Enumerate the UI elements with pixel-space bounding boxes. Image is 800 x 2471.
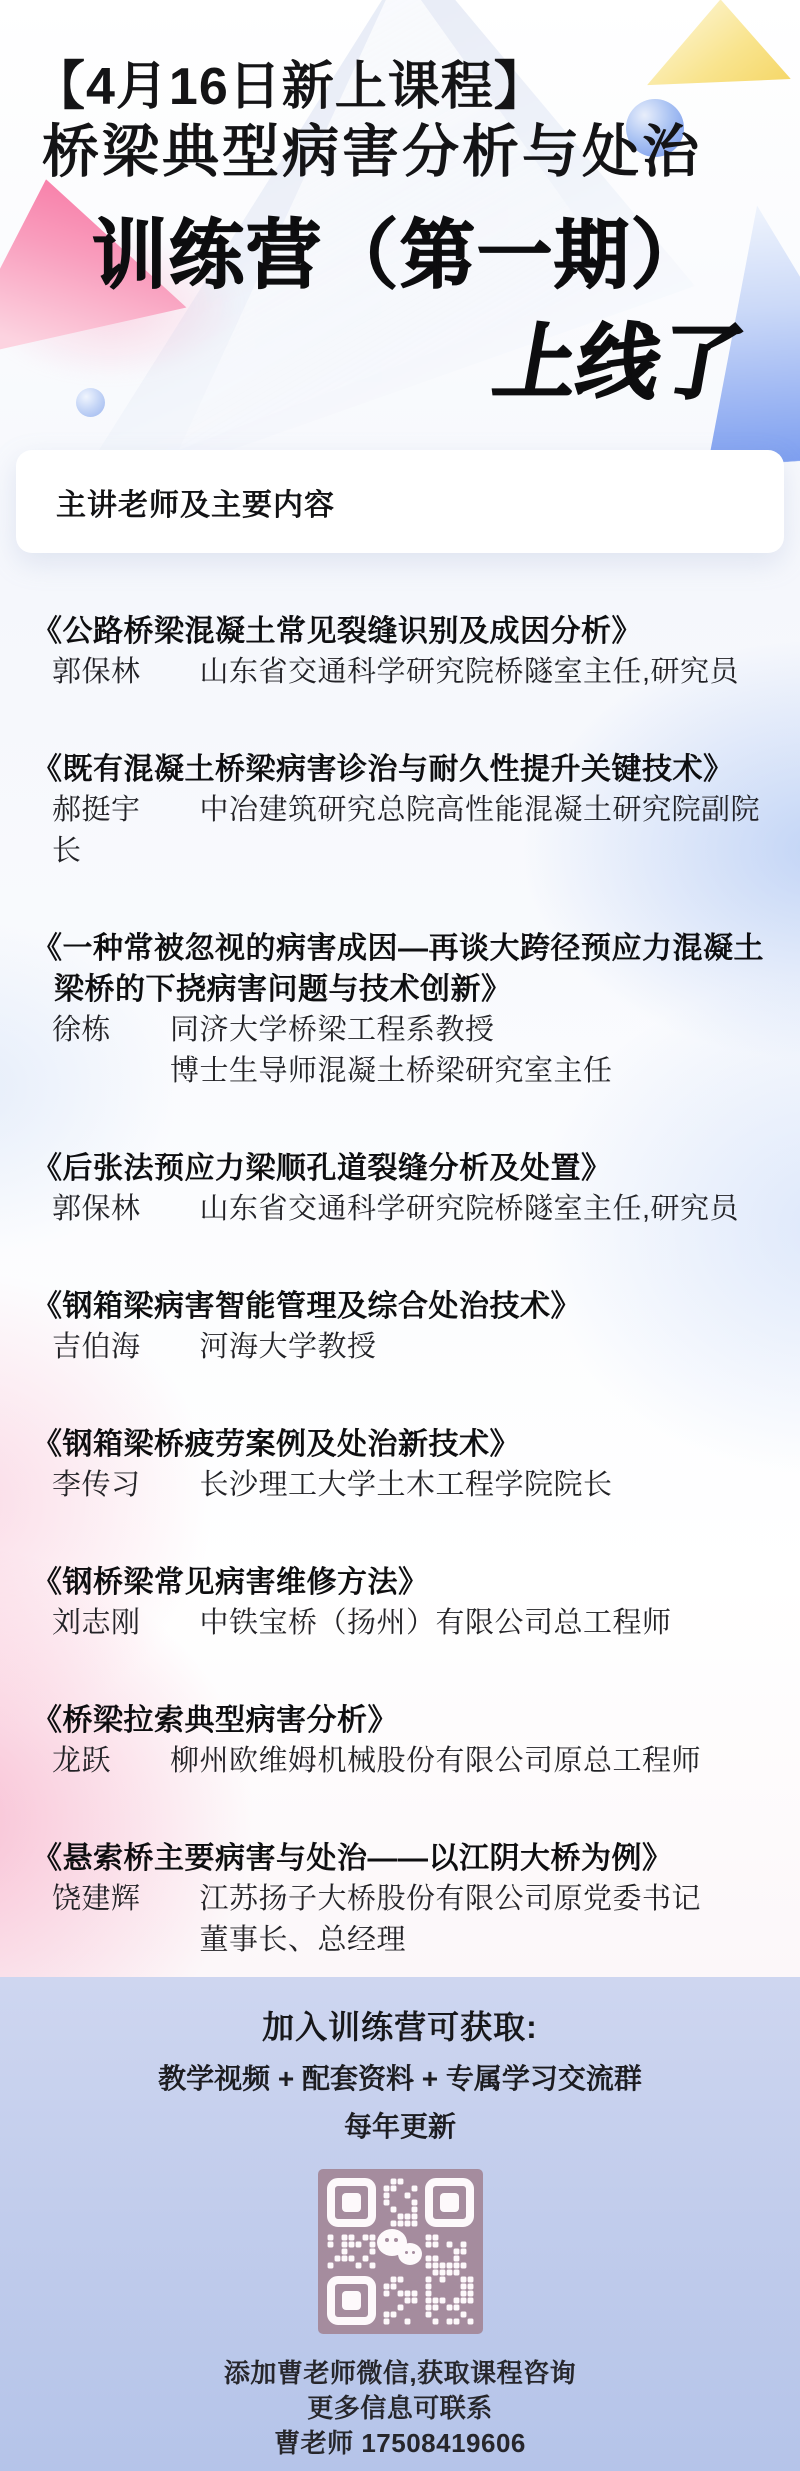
- header-title: 桥梁典型病害分析与处治: [42, 106, 702, 188]
- course-title: 《桥梁拉索典型病害分析》: [32, 1700, 780, 1741]
- course-instructor: 刘志刚 中铁宝桥（扬州）有限公司总工程师: [52, 1603, 780, 1644]
- contact-line-2: 更多信息可联系: [0, 2391, 800, 2426]
- course-title: 《悬索桥主要病害与处治——以江阴大桥为例》: [32, 1838, 780, 1879]
- wechat-bubble-small: [398, 2243, 422, 2265]
- section-label-card: 主讲老师及主要内容: [16, 450, 784, 553]
- course-item: 《公路桥梁混凝土常见裂缝识别及成因分析》郭保林 山东省交通科学研究院桥隧室主任,…: [38, 611, 780, 693]
- qr-finder-top-right: [425, 2178, 474, 2227]
- poster: 【4月16日新上课程】 桥梁典型病害分析与处治 训练营（第一期） 上线了 主讲老…: [0, 0, 800, 2471]
- header-camp-title: 训练营（第一期）: [92, 196, 708, 303]
- benefits-line: 教学视频 + 配套资料 + 专属学习交流群: [0, 2061, 800, 2097]
- course-item: 《悬索桥主要病害与处治——以江阴大桥为例》饶建辉 江苏扬子大桥股份有限公司原党委…: [38, 1838, 780, 1961]
- course-title: 《一种常被忽视的病害成因—再谈大跨径预应力混凝土: [32, 928, 780, 969]
- course-instructor: 郭保林 山东省交通科学研究院桥隧室主任,研究员: [52, 652, 780, 693]
- course-item: 《既有混凝土桥梁病害诊治与耐久性提升关键技术》郝挺宇 中冶建筑研究总院高性能混凝…: [38, 749, 780, 872]
- small-sphere-shape: [76, 388, 105, 417]
- course-item: 《桥梁拉索典型病害分析》龙跃 柳州欧维姆机械股份有限公司原总工程师: [38, 1700, 780, 1782]
- course-instructor: 吉伯海 河海大学教授: [52, 1327, 780, 1368]
- qr-finder-top-left: [327, 2178, 376, 2227]
- course-instructor: 郝挺宇 中冶建筑研究总院高性能混凝土研究院副院长: [52, 790, 780, 872]
- course-instructor: 郭保林 山东省交通科学研究院桥隧室主任,研究员: [52, 1189, 780, 1230]
- course-item: 《钢箱梁桥疲劳案例及处治新技术》李传习 长沙理工大学土木工程学院院长: [38, 1424, 780, 1506]
- course-title: 《既有混凝土桥梁病害诊治与耐久性提升关键技术》: [32, 749, 780, 790]
- course-instructor: 饶建辉 江苏扬子大桥股份有限公司原党委书记: [52, 1879, 780, 1920]
- course-title: 《钢箱梁病害智能管理及综合处治技术》: [32, 1286, 780, 1327]
- course-title: 《钢桥梁常见病害维修方法》: [32, 1562, 780, 1603]
- course-item: 《钢桥梁常见病害维修方法》刘志刚 中铁宝桥（扬州）有限公司总工程师: [38, 1562, 780, 1644]
- course-title: 《钢箱梁桥疲劳案例及处治新技术》: [32, 1424, 780, 1465]
- wechat-qr-code: [318, 2169, 483, 2334]
- course-title: 《公路桥梁混凝土常见裂缝识别及成因分析》: [32, 611, 780, 652]
- benefits-title: 加入训练营可获取:: [0, 2007, 800, 2047]
- contact-phone-line: 曹老师 17508419606: [0, 2426, 800, 2461]
- course-item: 《一种常被忽视的病害成因—再谈大跨径预应力混凝土梁桥的下挠病害问题与技术创新》徐…: [38, 928, 780, 1092]
- course-item: 《后张法预应力梁顺孔道裂缝分析及处置》郭保林 山东省交通科学研究院桥隧室主任,研…: [38, 1148, 780, 1230]
- course-instructor: 博士生导师混凝土桥梁研究室主任: [52, 1051, 780, 1092]
- header: 【4月16日新上课程】 桥梁典型病害分析与处治 训练营（第一期） 上线了: [0, 0, 800, 450]
- header-online-text: 上线了: [487, 298, 754, 415]
- course-instructor: 李传习 长沙理工大学土木工程学院院长: [52, 1465, 780, 1506]
- course-instructor: 龙跃 柳州欧维姆机械股份有限公司原总工程师: [52, 1741, 780, 1782]
- course-instructor: 董事长、总经理: [52, 1920, 780, 1961]
- contact-line-1: 添加曹老师微信,获取课程咨询: [0, 2356, 800, 2391]
- course-title: 梁桥的下挠病害问题与技术创新》: [54, 969, 780, 1010]
- wechat-icon: [377, 2229, 425, 2273]
- qr-finder-bottom-left: [327, 2276, 376, 2325]
- course-list: 《公路桥梁混凝土常见裂缝识别及成因分析》郭保林 山东省交通科学研究院桥隧室主任,…: [0, 553, 800, 1961]
- footer-section: 加入训练营可获取: 教学视频 + 配套资料 + 专属学习交流群 每年更新 添加曹…: [0, 1977, 800, 2471]
- main-area: 【4月16日新上课程】 桥梁典型病害分析与处治 训练营（第一期） 上线了 主讲老…: [0, 0, 800, 1977]
- course-item: 《钢箱梁病害智能管理及综合处治技术》吉伯海 河海大学教授: [38, 1286, 780, 1368]
- section-label: 主讲老师及主要内容: [56, 480, 335, 524]
- course-instructor: 徐栋 同济大学桥梁工程系教授: [52, 1010, 780, 1051]
- course-title: 《后张法预应力梁顺孔道裂缝分析及处置》: [32, 1148, 780, 1189]
- yellow-triangle-shape: [647, 0, 800, 106]
- benefits-update-line: 每年更新: [0, 2109, 800, 2145]
